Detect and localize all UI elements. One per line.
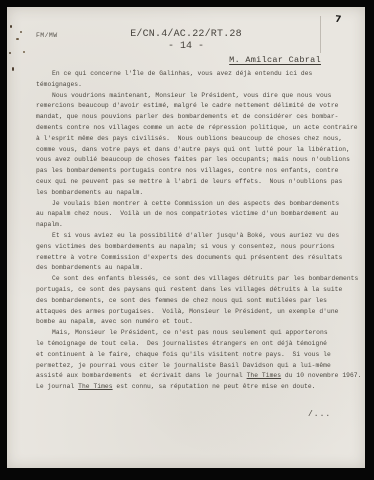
text-line: Le journal The Times est connu, sa réput… <box>36 382 360 393</box>
paragraph: Mais, Monsieur le Président, ce n'est pa… <box>36 328 360 393</box>
text-line: dements contre nos villages comme un act… <box>36 123 360 134</box>
text-line: gens victimes des bombardements au napal… <box>36 242 360 253</box>
paper-speck <box>12 67 14 71</box>
text-line: Ce sont des enfants blessés, ce sont des… <box>36 274 360 285</box>
text-line: assisté aux bombardements et écrivait da… <box>36 371 360 382</box>
paper-speck <box>9 52 11 54</box>
paragraph: Je voulais bien montrer à cette Commissi… <box>36 199 360 231</box>
speaker-name: M. Amilcar Cabral <box>229 55 321 65</box>
text-line: napalm. <box>36 220 360 231</box>
text-line: Et si vous aviez eu la possibilité d'all… <box>36 231 360 242</box>
text-line: pas les bombardements portugais contre n… <box>36 166 360 177</box>
paper-speck <box>10 25 12 28</box>
text-line: les bombardements au napalm. <box>36 188 360 199</box>
text-line: des bombardements, ce sont des femmes de… <box>36 296 360 307</box>
text-line: à l'esprit même des pays civilisés. Nous… <box>36 134 360 145</box>
text-line: remercions beaucoup d'avoir estimé, malg… <box>36 101 360 112</box>
text-line: Nous voudrions maintenant, Monsieur le P… <box>36 91 360 102</box>
text-line: mandat, que nous pouvions parler des bom… <box>36 112 360 123</box>
text-line: ceux qui ne peuvent pas se mettre à l'ab… <box>36 177 360 188</box>
document-symbol: E/CN.4/AC.22/RT.28 <box>7 29 365 40</box>
text-line: et continuent à le faire, chaque fois qu… <box>36 350 360 361</box>
paragraph: Nous voudrions maintenant, Monsieur le P… <box>36 91 360 199</box>
text-line: témoignages. <box>36 80 360 91</box>
text-line: au napalm chez nous. Voilà un de nos com… <box>36 209 360 220</box>
paragraph: Et si vous aviez eu la possibilité d'all… <box>36 231 360 274</box>
text-line: portugais, ce sont des paysans qui reste… <box>36 285 360 296</box>
handwritten-corner-mark: 7 <box>334 15 341 26</box>
text-line: attaques des armes portugaises. Voilà, M… <box>36 307 360 318</box>
text-line: permettez, je pourrai vous citer le jour… <box>36 361 360 372</box>
paragraph: En ce qui concerne l'Île de Galinhas, vo… <box>36 69 360 91</box>
page-number: - 14 - <box>7 41 365 52</box>
text-line: des bombardements au napalm. <box>36 263 360 274</box>
text-line: remettre à votre Commission d'experts de… <box>36 253 360 264</box>
text-line: bombe au napalm, avec son numéro et tout… <box>36 317 360 328</box>
text-line: Mais, Monsieur le Président, ce n'est pa… <box>36 328 360 339</box>
text-line: En ce qui concerne l'Île de Galinhas, vo… <box>36 69 360 80</box>
text-line: comme vous, dans votre pays et dans d'au… <box>36 145 360 156</box>
paragraph: Ce sont des enfants blessés, ce sont des… <box>36 274 360 328</box>
text-line: le témoignage de tout cela. Des journali… <box>36 339 360 350</box>
scanned-document-page: 7 FM/MW E/CN.4/AC.22/RT.28 - 14 - M. Ami… <box>7 7 365 468</box>
text-line: Je voulais bien montrer à cette Commissi… <box>36 199 360 210</box>
text-line: vous avez oublié beaucoup de choses fait… <box>36 155 360 166</box>
document-body: En ce qui concerne l'Île de Galinhas, vo… <box>36 69 360 393</box>
continuation-mark: /... <box>308 410 331 419</box>
